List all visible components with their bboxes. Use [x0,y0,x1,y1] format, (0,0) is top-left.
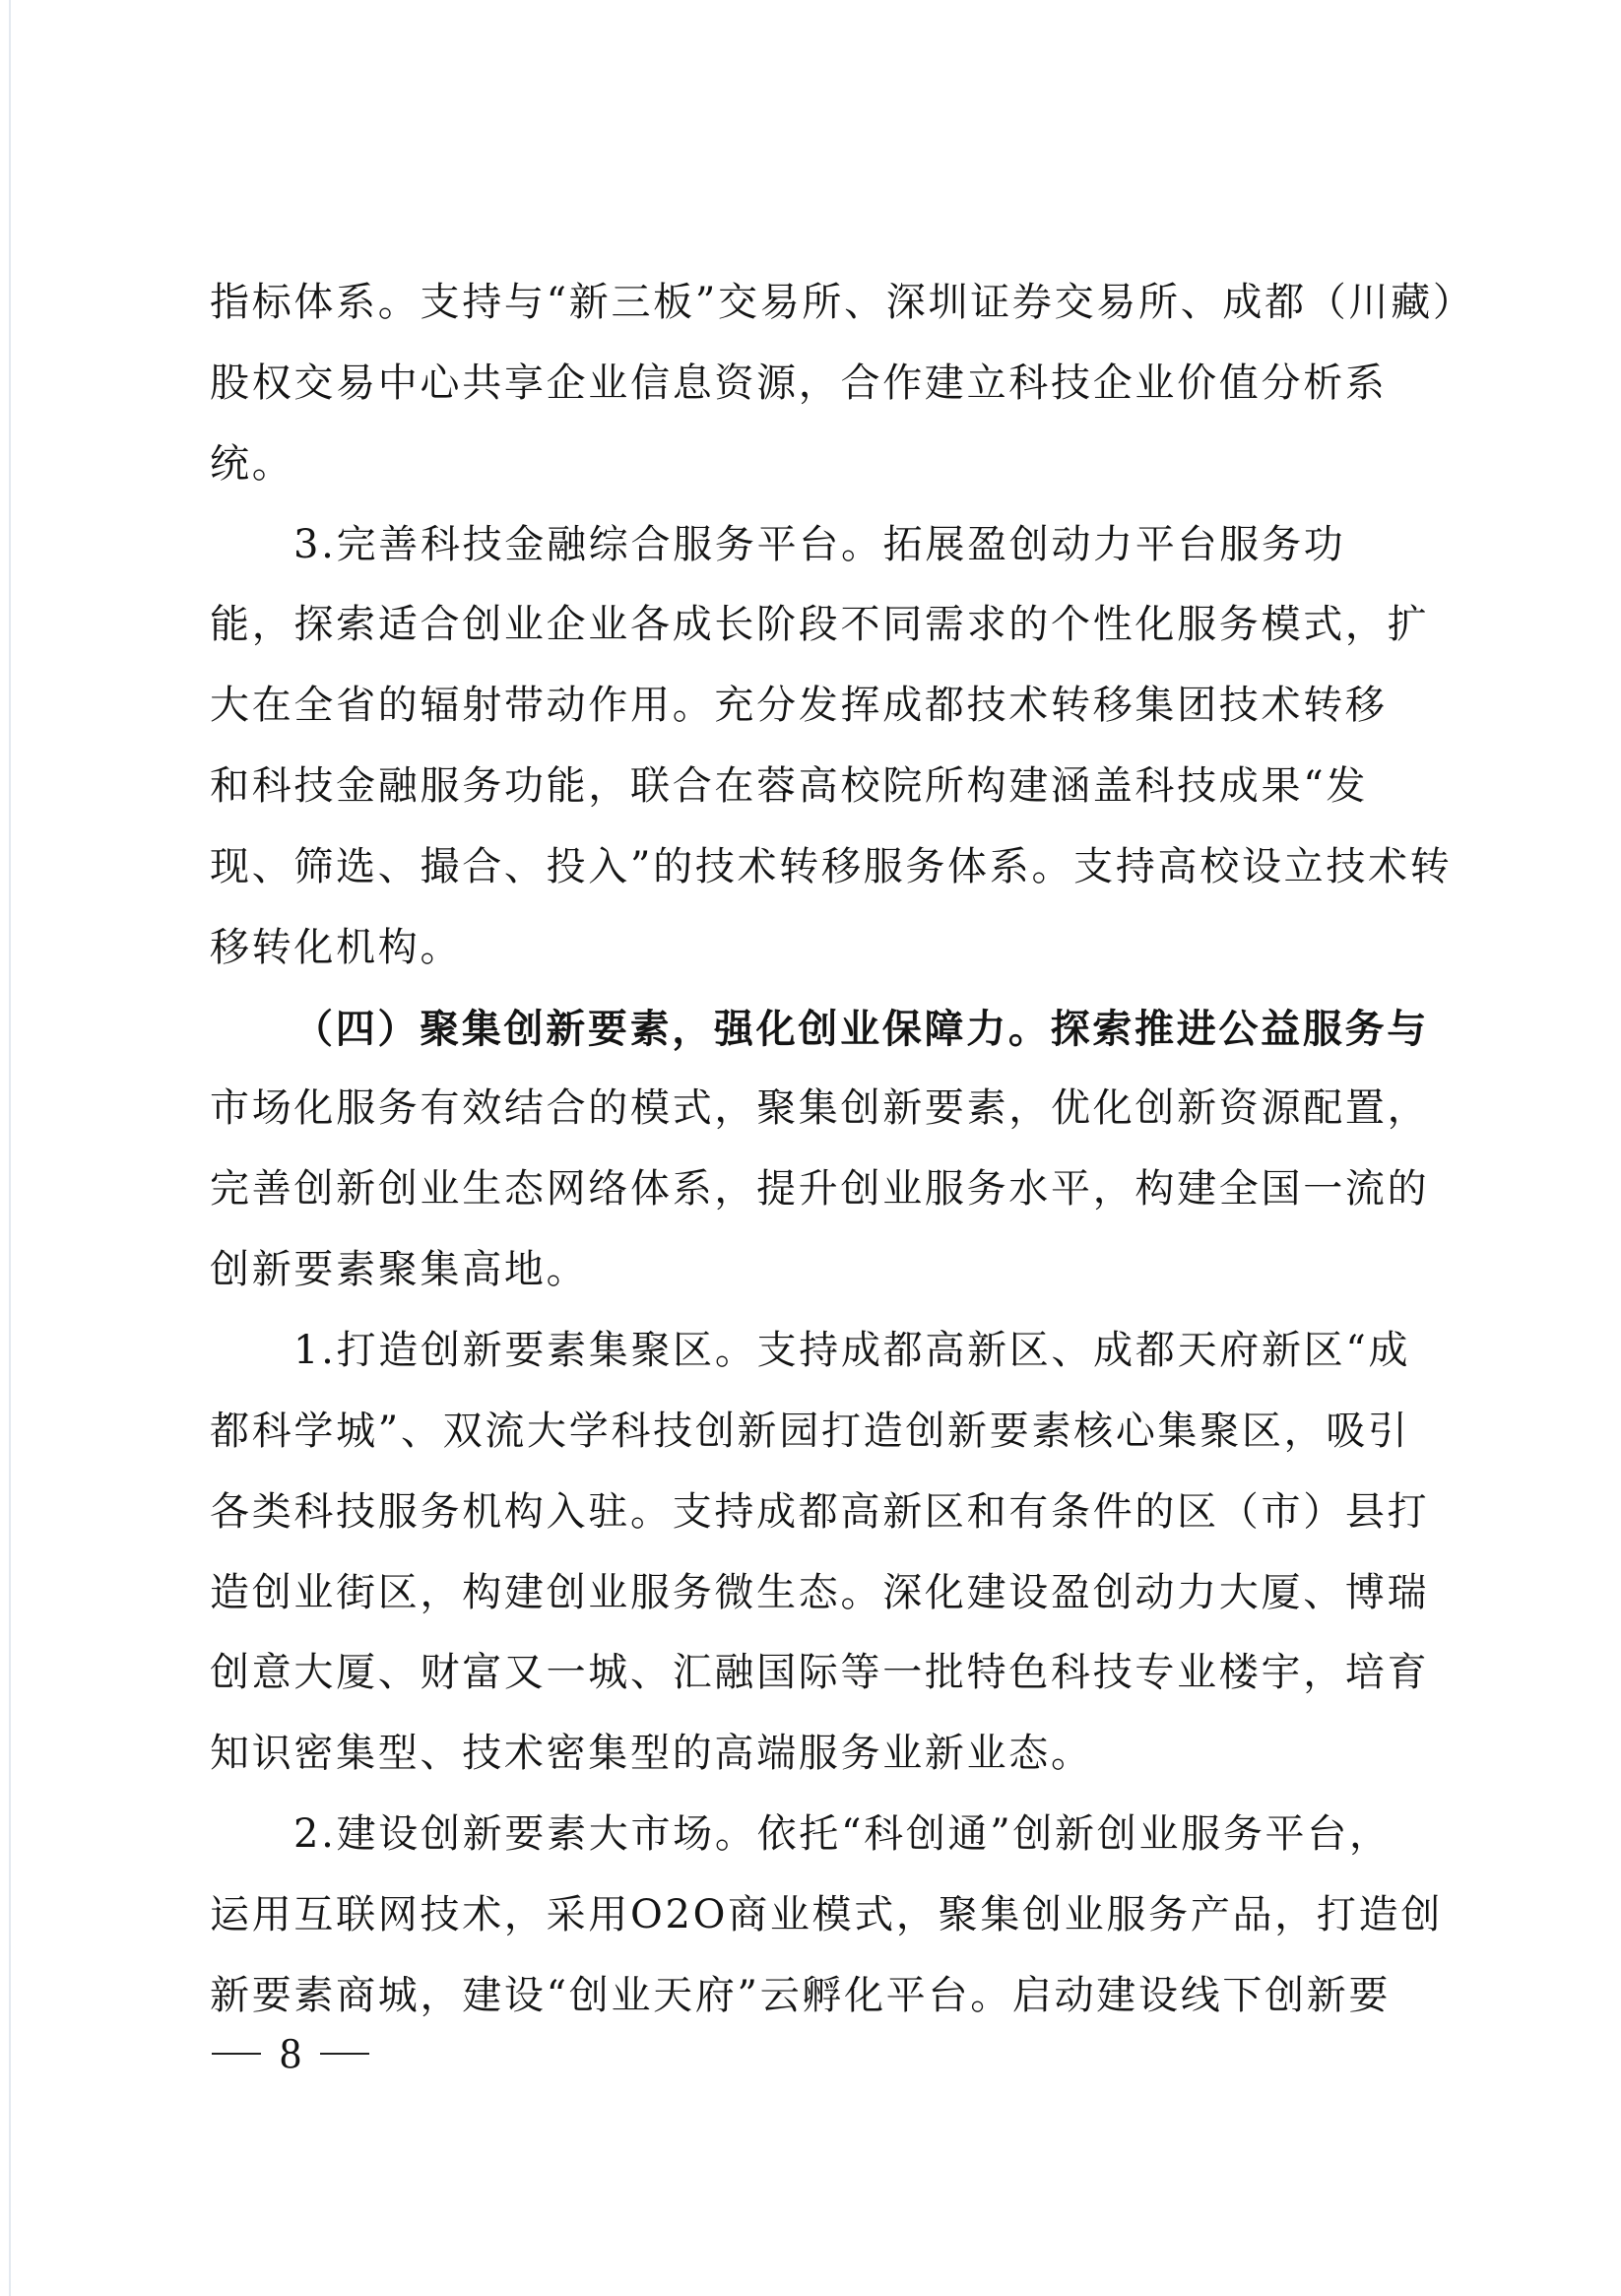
text-line: 现、筛选、撮合、投入”的技术转移服务体系。支持高校设立技术转 [210,827,1396,908]
text-line: 造创业街区，构建创业服务微生态。深化建设盈创动力大厦、博瑞 [210,1553,1396,1634]
text-line: 创意大厦、财富又一城、汇融国际等一批特色科技专业楼宇，培育 [210,1633,1396,1714]
text-line: 都科学城”、双流大学科技创新园打造创新要素核心集聚区，吸引 [210,1392,1396,1473]
document-body: 指标体系。支持与“新三板”交易所、深圳证券交易所、成都（川藏） 股权交易中心共享… [210,263,1396,2037]
subsection-2-heading-line: 2.建设创新要素大市场。依托“科创通”创新创业服务平台， [210,1795,1396,1875]
subsection-3-heading-line: 3.完善科技金融综合服务平台。拓展盈创动力平台服务功 [210,505,1396,586]
text-line: 移转化机构。 [210,908,1396,989]
page-number: 8 [212,2029,369,2078]
text-line: 和科技金融服务功能，联合在蓉高校院所构建涵盖科技成果“发 [210,747,1396,827]
text-line: 统。 [210,425,1396,505]
text-line: 完善创新创业生态网络体系，提升创业服务水平，构建全国一流的 [210,1149,1396,1230]
text-line: 市场化服务有效结合的模式，聚集创新要素，优化创新资源配置， [210,1069,1396,1149]
text-line: 运用互联网技术，采用O2O商业模式，聚集创业服务产品，打造创 [210,1875,1396,1956]
scan-edge-line [9,0,11,2296]
text-line: 大在全省的辐射带动作用。充分发挥成都技术转移集团技术转移 [210,666,1396,747]
text-line: 知识密集型、技术密集型的高端服务业新业态。 [210,1714,1396,1795]
text-line: 创新要素聚集高地。 [210,1230,1396,1311]
page-number-value: 8 [261,2029,320,2078]
text-line: 各类科技服务机构入驻。支持成都高新区和有条件的区（市）县打 [210,1473,1396,1553]
text-line: 能，探索适合创业企业各成长阶段不同需求的个性化服务模式，扩 [210,585,1396,666]
subsection-1-heading-line: 1.打造创新要素集聚区。支持成都高新区、成都天府新区“成 [210,1311,1396,1392]
text-line: 股权交易中心共享企业信息资源，合作建立科技企业价值分析系 [210,344,1396,425]
text-line: 新要素商城，建设“创业天府”云孵化平台。启动建设线下创新要 [210,1956,1396,2037]
page-number-right-dash [320,2053,369,2055]
page-number-left-dash [212,2053,261,2055]
text-line: 指标体系。支持与“新三板”交易所、深圳证券交易所、成都（川藏） [210,263,1396,344]
section-4-heading-line: （四）聚集创新要素，强化创业保障力。探索推进公益服务与 [210,989,1396,1070]
